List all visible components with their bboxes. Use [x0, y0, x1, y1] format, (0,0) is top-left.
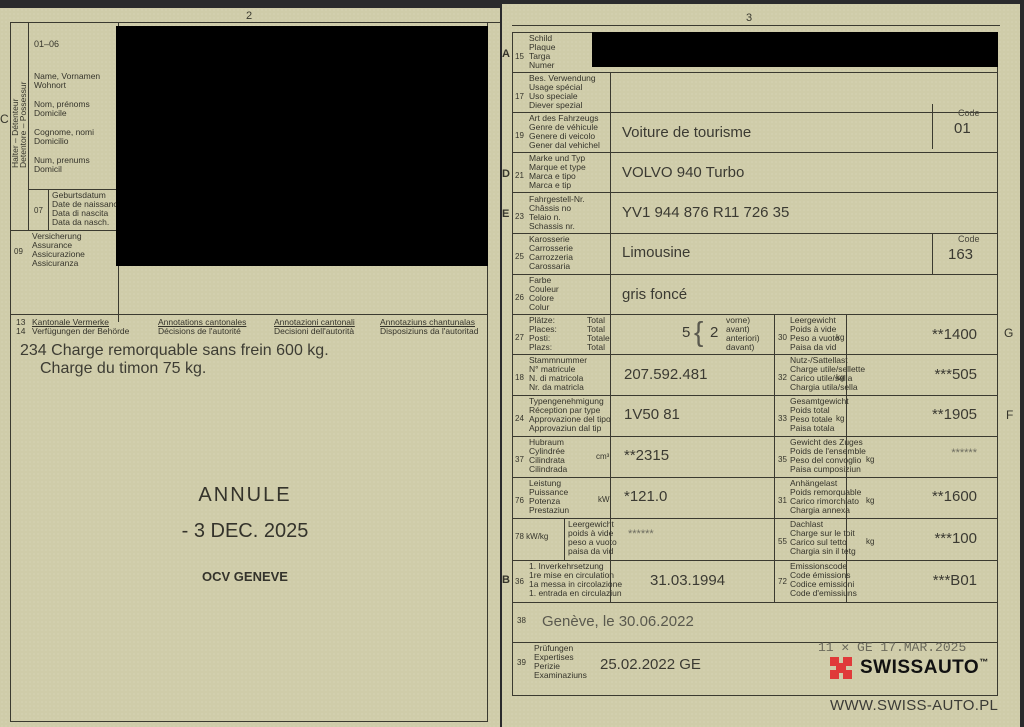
cancel-stamp-date: - 3 DEC. 2025 — [160, 520, 330, 543]
cancel-stamp-office: OCV GENEVE — [160, 569, 330, 584]
field-17-number: 17 — [515, 92, 524, 101]
combination-weight-value: ****** — [882, 447, 977, 459]
label: Colur — [529, 303, 549, 312]
inspection-stamp: 11 ✕ GE 17.MAR.2025 — [818, 640, 966, 655]
label: Plazs: — [529, 343, 552, 352]
holder-label-2: Detentore – Possessur — [19, 82, 28, 168]
annot-14-de: Verfügungen der Behörde — [32, 326, 129, 336]
total-weight-value: **1905 — [852, 406, 977, 423]
brace-icon: { — [694, 318, 703, 346]
field-37-number: 37 — [515, 455, 524, 464]
field-78-num: 78 — [515, 532, 524, 541]
page-number: 2 — [246, 10, 252, 22]
side-letter-a: A — [502, 48, 510, 60]
trademark: ™ — [979, 657, 988, 667]
unit: kg — [836, 414, 844, 423]
label: Chargia annexa — [790, 506, 850, 515]
divider — [774, 314, 775, 602]
field-23-number: 23 — [515, 212, 524, 221]
body-type-value: Limousine — [622, 244, 690, 261]
side-letter-f: F — [1006, 408, 1013, 422]
divider — [932, 104, 933, 149]
divider — [48, 189, 49, 230]
swissauto-cross-icon — [830, 657, 852, 679]
annotation-line-1: 234 Charge remorquable sans frein 600 kg… — [20, 342, 329, 360]
divider — [10, 314, 488, 315]
displacement-value: **2315 — [624, 447, 669, 464]
label: Carossaria — [529, 262, 570, 271]
label: 1. entrada en circulaziun — [529, 589, 622, 598]
side-letter-g: G — [1004, 326, 1013, 340]
brand-name: SWISSAUTO — [860, 657, 979, 679]
first-registration-value: 31.03.1994 — [650, 572, 725, 589]
field-31-number: 31 — [778, 496, 787, 505]
unit: kg — [836, 333, 844, 342]
annot-14-it: Decisioni dell'autorità — [274, 326, 354, 336]
brand-url: WWW.SWISS-AUTO.PL — [830, 697, 998, 714]
divider — [512, 192, 998, 193]
label: Nr. da matricla — [529, 383, 584, 392]
field-09-number: 09 — [14, 247, 23, 256]
make-model-value: VOLVO 940 Turbo — [622, 164, 744, 181]
label: Paisa cumposiziun — [790, 465, 861, 474]
field-78-number: 78 kW/kg — [515, 532, 548, 541]
type-approval-value: 1V50 81 — [624, 406, 680, 423]
power-weight-ratio-value: ****** — [628, 528, 654, 540]
label-insurance-rm: Assicuranza — [32, 259, 78, 268]
field-32-number: 32 — [778, 373, 787, 382]
field-38-number: 38 — [517, 616, 526, 625]
label-it-2: Domicilio — [34, 137, 68, 146]
code-label: Code — [958, 108, 980, 118]
label: Approvaziun dal tip — [529, 424, 601, 433]
field-19-number: 19 — [515, 131, 524, 140]
label: Diever spezial — [529, 101, 582, 110]
field-15-number: 15 — [515, 52, 524, 61]
field-18-number: 18 — [515, 373, 524, 382]
label: Total — [587, 343, 605, 352]
seats-total-value: 5 — [682, 324, 690, 341]
label: Code d'emissiuns — [790, 589, 857, 598]
redacted-plate-number — [592, 32, 998, 67]
label: Gener dal vehichel — [529, 141, 600, 150]
unit: kg — [866, 455, 874, 464]
document-left-page: 2 C Halter – Détenteur Detentore – Posse… — [0, 8, 500, 727]
label: paisa da vid — [568, 547, 613, 556]
seats-front-value: 2 — [710, 324, 718, 341]
payload-value: ***505 — [852, 366, 977, 383]
field-76-number: 76 — [515, 496, 524, 505]
divider — [512, 602, 998, 603]
matriculation-number-value: 207.592.481 — [624, 366, 707, 383]
roof-load-value: ***100 — [882, 530, 977, 547]
label: Cilindrada — [529, 465, 567, 474]
annotation-line-2: Charge du timon 75 kg. — [40, 360, 206, 378]
divider — [932, 233, 933, 274]
unit: kW — [598, 495, 610, 504]
annot-14-fr: Décisions de l'autorité — [158, 326, 241, 336]
label-de-2: Wohnort — [34, 81, 66, 90]
field-25-number: 25 — [515, 252, 524, 261]
label: Chargia sin il tetg — [790, 547, 856, 556]
power-value: *121.0 — [624, 488, 667, 505]
annot-14-number: 14 — [16, 326, 25, 336]
annot-14-rm: Disposiziuns da l'autoritad — [380, 326, 478, 336]
redacted-holder-info — [116, 26, 488, 266]
side-letter-b: B — [502, 574, 510, 586]
divider — [512, 436, 998, 437]
issue-place-date-value: Genève, le 30.06.2022 — [542, 613, 694, 630]
label: Paisa da vid — [790, 343, 836, 352]
label-fr-2: Domicile — [34, 109, 67, 118]
side-letter: C — [0, 112, 9, 126]
emission-code-value: ***B01 — [882, 572, 977, 589]
field-27-number: 27 — [515, 333, 524, 342]
towing-weight-value: **1600 — [882, 488, 977, 505]
divider — [512, 233, 998, 234]
field-39-number: 39 — [517, 658, 526, 667]
field-36-number: 36 — [515, 577, 524, 586]
divider — [28, 22, 29, 230]
label: Examinaziuns — [534, 671, 587, 680]
swissauto-logo: SWISSAUTO ™ — [830, 657, 988, 679]
field-55-number: 55 — [778, 537, 787, 546]
unit: kg — [866, 537, 874, 546]
chassis-number-value: YV1 944 876 R11 726 35 — [622, 204, 789, 221]
label: Numer — [529, 61, 555, 70]
code-label: Code — [958, 234, 980, 244]
field-07-number: 07 — [34, 206, 43, 215]
unit: cm³ — [596, 452, 609, 461]
unit: kg — [866, 496, 874, 505]
divider — [512, 477, 998, 478]
label-birthdate-rm: Data da nasch. — [52, 218, 109, 227]
divider — [512, 274, 998, 275]
document-right-page: 3 A 15 Schild Plaque Targa Numer 17 Bes.… — [502, 4, 1020, 727]
label-rm-2: Domicil — [34, 165, 62, 174]
divider — [512, 25, 1000, 26]
label: Chargia utila/sella — [790, 383, 858, 392]
color-value: gris foncé — [622, 286, 687, 303]
field-72-number: 72 — [778, 577, 787, 586]
field-01-06-number: 01–06 — [34, 40, 59, 49]
inspection-date-value: 25.02.2022 GE — [600, 656, 701, 673]
field-24-number: 24 — [515, 414, 524, 423]
label: davant) — [726, 343, 754, 352]
field-33-number: 33 — [778, 414, 787, 423]
cancel-stamp-title: ANNULE — [160, 484, 330, 507]
page-number: 3 — [746, 12, 752, 24]
unit: kg — [836, 373, 844, 382]
field-26-number: 26 — [515, 293, 524, 302]
label: Marca e tip — [529, 181, 571, 190]
field-30-number: 30 — [778, 333, 787, 342]
empty-weight-value: **1400 — [852, 326, 977, 343]
side-letter-d: D — [502, 168, 510, 180]
unit: kW/kg — [526, 532, 548, 541]
divider — [512, 314, 998, 315]
label: Schassis nr. — [529, 222, 575, 231]
label: Paisa totala — [790, 424, 834, 433]
label: Prestaziun — [529, 506, 569, 515]
body-type-code: 163 — [948, 246, 973, 263]
field-35-number: 35 — [778, 455, 787, 464]
field-21-number: 21 — [515, 171, 524, 180]
side-letter-e: E — [502, 208, 509, 220]
vehicle-type-code: 01 — [954, 120, 971, 137]
divider — [564, 518, 565, 560]
vehicle-type-value: Voiture de tourisme — [622, 124, 751, 141]
